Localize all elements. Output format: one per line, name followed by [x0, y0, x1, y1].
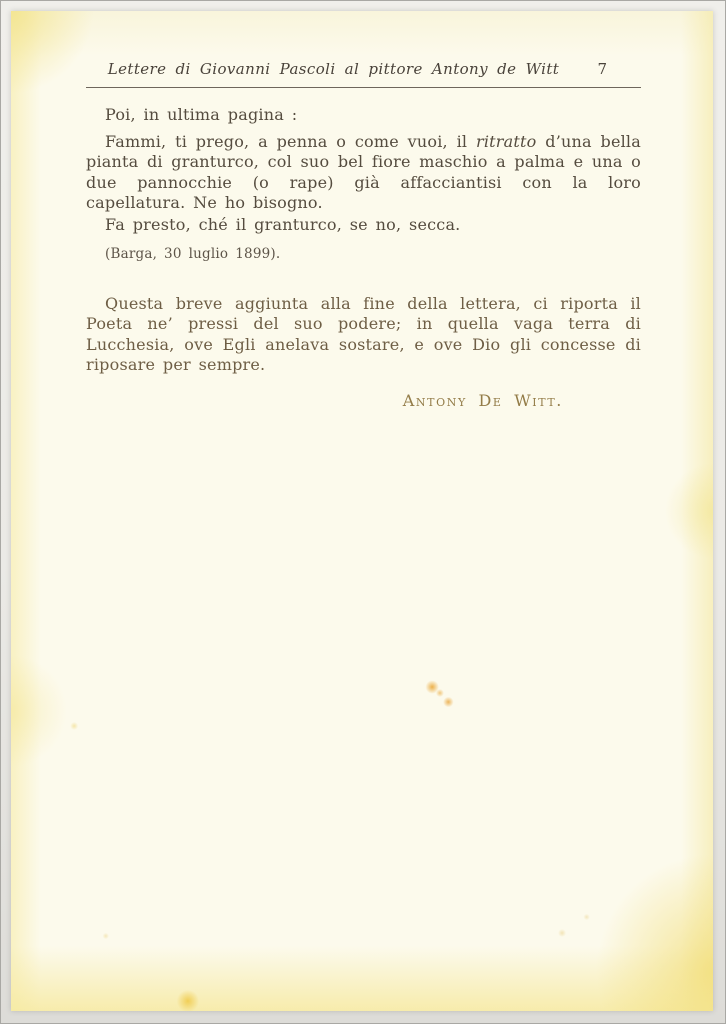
letter-text-pre: Fammi, ti prego, a penna o come vuoi, il [105, 132, 476, 151]
running-header: Lettere di Giovanni Pascoli al pittore A… [86, 59, 641, 83]
letter-italic-word: ritratto [476, 132, 536, 151]
paragraph-fa-presto: Fa presto, ché il granturco, se no, secc… [86, 215, 641, 236]
signature-line: Antony De Witt. [86, 391, 641, 412]
paragraph-letter: Fammi, ti prego, a penna o come vuoi, il… [86, 132, 641, 214]
dateline: (Barga, 30 luglio 1899). [86, 244, 641, 265]
page-number: 7 [597, 59, 607, 80]
header-rule [86, 87, 641, 88]
header-title: Lettere di Giovanni Pascoli al pittore A… [86, 59, 641, 80]
paragraph-commentary: Questa breve aggiunta alla fine della le… [86, 294, 641, 376]
paragraph-intro: Poi, in ultima pagina : [86, 105, 641, 126]
signature: Antony De Witt. [403, 391, 563, 410]
book-page: Lettere di Giovanni Pascoli al pittore A… [11, 11, 713, 1011]
text-column: Lettere di Giovanni Pascoli al pittore A… [86, 59, 641, 411]
scanner-margin: { "header": { "title": "Lettere di Giova… [0, 0, 726, 1024]
